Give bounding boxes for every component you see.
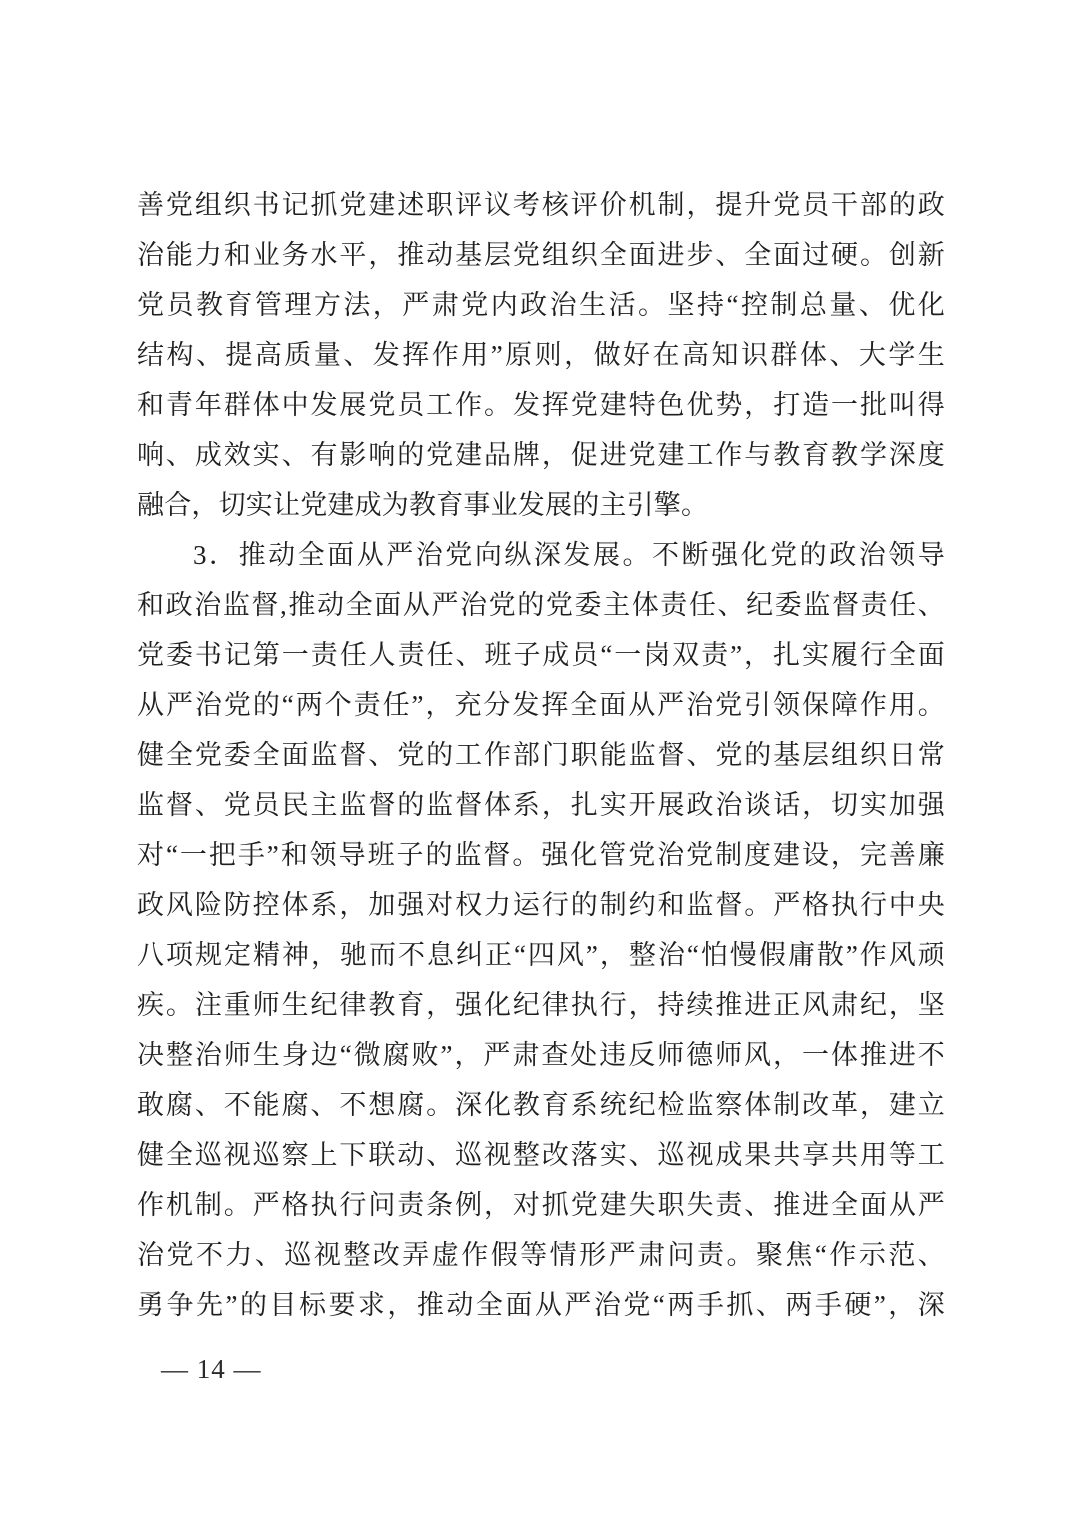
text-line: 敢腐、不能腐、不想腐。深化教育系统纪检监察体制改革，建立 (137, 1080, 945, 1130)
text-line: 善党组织书记抓党建述职评议考核评价机制，提升党员干部的政 (137, 180, 945, 230)
text-line: 党委书记第一责任人责任、班子成员“一岗双责”，扎实履行全面 (137, 630, 945, 680)
text-line: 和青年群体中发展党员工作。发挥党建特色优势，打造一批叫得 (137, 380, 945, 430)
text-line: 监督、党员民主监督的监督体系，扎实开展政治谈话，切实加强 (137, 780, 945, 830)
text-line: 对“一把手”和领导班子的监督。强化管党治党制度建设，完善廉 (137, 830, 945, 880)
text-line: 从严治党的“两个责任”，充分发挥全面从严治党引领保障作用。 (137, 680, 945, 730)
page-number: — 14 — (161, 1352, 262, 1386)
text-line: 结构、提高质量、发挥作用”原则，做好在高知识群体、大学生 (137, 330, 945, 380)
document-body: 善党组织书记抓党建述职评议考核评价机制，提升党员干部的政治能力和业务水平，推动基… (137, 180, 945, 1330)
text-line: 响、成效实、有影响的党建品牌，促进党建工作与教育教学深度 (137, 430, 945, 480)
text-line: 健全巡视巡察上下联动、巡视整改落实、巡视成果共享共用等工 (137, 1130, 945, 1180)
text-line: 作机制。严格执行问责条例，对抓党建失职失责、推进全面从严 (137, 1180, 945, 1230)
text-line: 决整治师生身边“微腐败”，严肃查处违反师德师风，一体推进不 (137, 1030, 945, 1080)
text-line: 勇争先”的目标要求，推动全面从严治党“两手抓、两手硬”，深 (137, 1280, 945, 1330)
text-line: 3．推动全面从严治党向纵深发展。不断强化党的政治领导 (137, 530, 945, 580)
text-line: 政风险防控体系，加强对权力运行的制约和监督。严格执行中央 (137, 880, 945, 930)
text-line: 八项规定精神，驰而不息纠正“四风”，整治“怕慢假庸散”作风顽 (137, 930, 945, 980)
text-line: 党员教育管理方法，严肃党内政治生活。坚持“控制总量、优化 (137, 280, 945, 330)
document-page: 善党组织书记抓党建述职评议考核评价机制，提升党员干部的政治能力和业务水平，推动基… (0, 0, 1074, 1520)
text-line: 治党不力、巡视整改弄虚作假等情形严肃问责。聚焦“作示范、 (137, 1230, 945, 1280)
text-line: 健全党委全面监督、党的工作部门职能监督、党的基层组织日常 (137, 730, 945, 780)
text-line: 治能力和业务水平，推动基层党组织全面进步、全面过硬。创新 (137, 230, 945, 280)
text-line: 和政治监督,推动全面从严治党的党委主体责任、纪委监督责任、 (137, 580, 945, 630)
text-line: 融合，切实让党建成为教育事业发展的主引擎。 (137, 480, 945, 530)
text-line: 疾。注重师生纪律教育，强化纪律执行，持续推进正风肃纪，坚 (137, 980, 945, 1030)
